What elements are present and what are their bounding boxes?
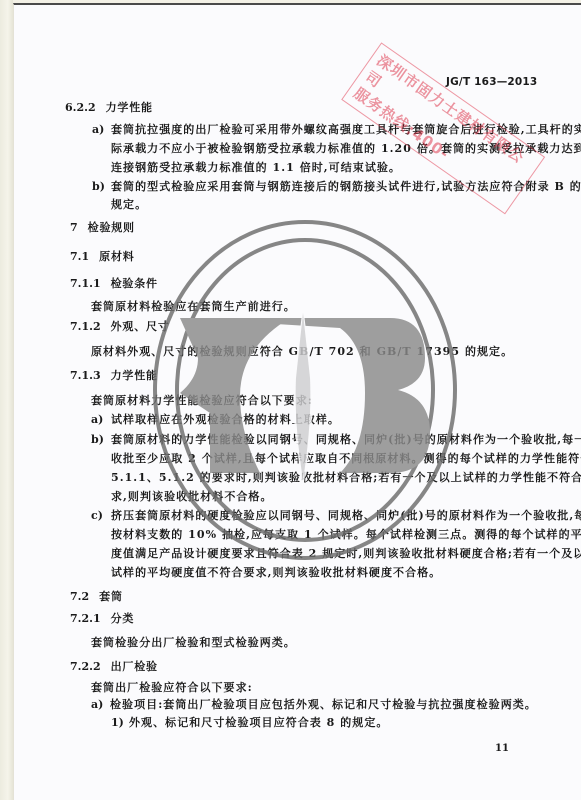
paragraph-line: 试样取样应在外观检验合格的材料上取样。 [111, 413, 340, 427]
paragraph-line: 5.1.1、5.1.2 的要求时,则判该验收批材料合格;若有一个及以上试样的力学… [111, 471, 581, 485]
page-edge [0, 0, 13, 800]
paragraph-line: 套筒检验分出厂检验和型式检验两类。 [91, 636, 296, 650]
section-heading-7-2-2: 7.2.2出厂检验 [70, 660, 158, 674]
paragraph-line: 挤压套筒原材料的硬度检验应以同钢号、同规格、同炉(批)号的原材料作为一个验收批,… [111, 509, 581, 523]
section-heading-7-2-1: 7.2.1分类 [70, 612, 134, 626]
paragraph-line: 连接钢筋受拉承载力标准值的 1.1 倍时,可结束试验。 [111, 161, 401, 175]
section-heading-7-1-3: 7.1.3力学性能 [70, 369, 158, 383]
list-label: c) [91, 509, 103, 523]
list-label: a) [91, 413, 103, 427]
paragraph-line: 原材料外观、尺寸的检验规则应符合 GB/T 702 和 GB/T 17395 的… [91, 345, 513, 359]
list-label: 1) [111, 716, 124, 730]
paragraph-line: 套筒原材料的力学性能检验以同钢号、同规格、同炉(批)号的原材料作为一个验收批,每… [111, 433, 581, 447]
paragraph-line: 检验项目:套筒出厂检验项目应包括外观、标记和尺寸检验与抗拉强度检验两类。 [110, 698, 537, 712]
paragraph-line: 度值满足产品设计硬度要求且符合表 2 规定时,则判该验收批材料硬度合格;若有一个… [111, 547, 581, 561]
section-heading-7-1-1: 7.1.1检验条件 [70, 277, 158, 291]
list-label: b) [91, 433, 104, 447]
paragraph-line: 按材料支数的 10% 抽检,应每支取 1 个试样。每个试样检测三点。测得的每个试… [111, 528, 581, 542]
paragraph-line: 规定。 [111, 198, 147, 212]
list-label: b) [92, 180, 105, 194]
section-heading-6-2-2: 6.2.2力学性能 [65, 101, 153, 115]
paragraph-line: 求,则判该验收批材料不合格。 [111, 490, 273, 504]
section-heading-7-1: 7.1原材料 [70, 250, 135, 264]
paragraph-line: 套筒原材料检验应在套筒生产前进行。 [91, 300, 296, 314]
paragraph-line: 试样的平均硬度值不符合要求,则判该验收批材料硬度不合格。 [111, 566, 441, 580]
document-code: JG/T 163—2013 [446, 76, 537, 88]
page-number: 11 [495, 743, 509, 754]
list-label: a) [92, 123, 104, 137]
section-heading-7-1-2: 7.1.2外观、尺寸 [70, 320, 170, 334]
paragraph-line: 外观、标记和尺寸检验项目应符合表 8 的规定。 [129, 716, 388, 730]
paragraph-line: 套筒原材料力学性能检验应符合以下要求: [91, 394, 313, 408]
list-label: a) [91, 698, 103, 712]
paragraph-line: 收批至少应取 2 个试样,且每个试样应取自不同根原材料。测得的每个试样的力学性能… [111, 452, 581, 466]
section-heading-7-2: 7.2套筒 [70, 590, 123, 604]
section-heading-7: 7检验规则 [70, 221, 135, 235]
paragraph-line: 套筒出厂检验应符合以下要求: [91, 681, 253, 695]
